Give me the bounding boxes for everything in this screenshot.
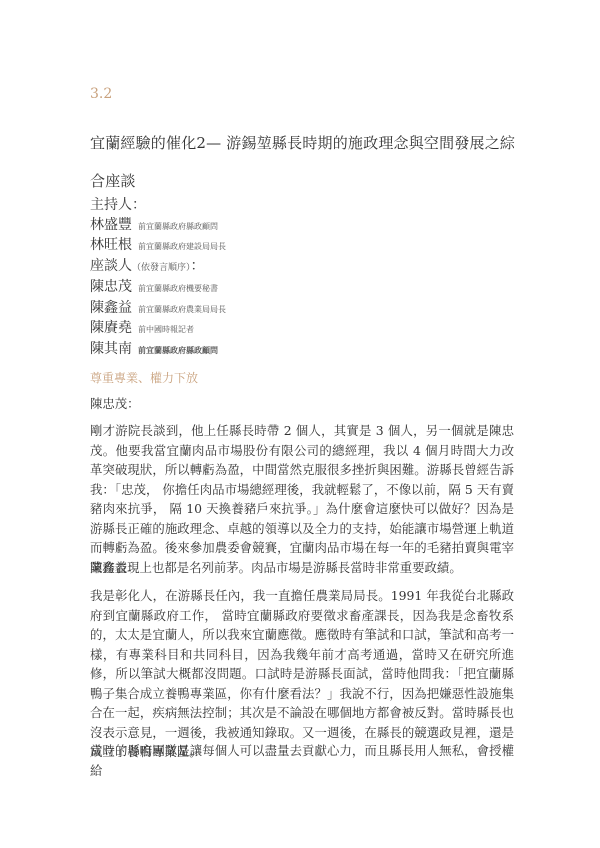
page-title: 宜蘭經驗的催化2— 游錫堃縣長時期的施政理念與空間發展之綜合座談 — [90, 124, 530, 200]
section-heading: 尊重專業、權力下放 — [90, 369, 198, 386]
panelist-name: 陳鑫益 — [90, 300, 132, 316]
panel-note: （依發言順序） — [132, 263, 191, 273]
speaker-name: 陳鑫益： — [90, 558, 140, 576]
panelist-entry: 陳忠茂前宜蘭縣政府機要秘書 — [90, 278, 226, 299]
panelist-role: 前宜蘭縣政府農業局局長 — [138, 305, 226, 314]
host-entry: 林旺根前宜蘭縣政府建設局局長 — [90, 236, 226, 257]
speaker-name: 陳忠茂： — [90, 394, 140, 412]
panelist-name: 陳其南 — [90, 341, 132, 357]
speech-paragraph: 剛才游院長談到，他上任縣長時帶 2 個人，其實是 3 個人，另一個就是陳忠茂。他… — [90, 421, 514, 577]
panelist-name: 陳忠茂 — [90, 279, 132, 295]
speech-paragraph: 當時的縣府團隊是讓每個人可以盡量去貢獻心力，而且縣長用人無私，會授權給 — [90, 741, 514, 780]
host-role: 前宜蘭縣政府縣政顧問 — [138, 222, 218, 231]
panelist-role: 前宜蘭縣政府機要秘書 — [138, 284, 218, 293]
panel-colon: ： — [191, 258, 205, 274]
host-role: 前宜蘭縣政府建設局局長 — [138, 242, 226, 251]
host-label: 主持人： — [90, 196, 226, 216]
speech-text: 剛才游院長談到，他上任縣長時帶 2 個人，其實是 3 個人，另一個就是陳忠茂。他… — [90, 421, 514, 577]
panelist-name: 陳賡堯 — [90, 320, 132, 336]
panelist-entry: 陳鑫益前宜蘭縣政府農業局局長 — [90, 299, 226, 320]
panelist-role: 前宜蘭縣政府縣政顧問 — [138, 345, 218, 355]
panelist-role: 前中國時報記者 — [138, 325, 194, 334]
host-entry: 林盛豐前宜蘭縣政府縣政顧問 — [90, 216, 226, 237]
panelist-entry: 陳賡堯前中國時報記者 — [90, 319, 226, 340]
panelist-entry: 陳其南前宜蘭縣政府縣政顧問 — [90, 340, 226, 361]
host-name: 林旺根 — [90, 237, 132, 253]
speech-continuation: 當時的縣府團隊是讓每個人可以盡量去貢獻心力，而且縣長用人無私，會授權給 — [90, 741, 514, 780]
speech-paragraph: 我是彰化人，在游縣長任內，我一直擔任農業局局長。1991 年我從台北縣政府到宜蘭… — [90, 586, 514, 762]
speech-text: 我是彰化人，在游縣長任內，我一直擔任農業局局長。1991 年我從台北縣政府到宜蘭… — [90, 586, 514, 762]
host-name: 林盛豐 — [90, 217, 132, 233]
participant-roster: 主持人： 林盛豐前宜蘭縣政府縣政顧問 林旺根前宜蘭縣政府建設局局長 座談人（依發… — [90, 196, 226, 360]
section-number: 3.2 — [90, 86, 112, 102]
panel-label-row: 座談人（依發言順序）： — [90, 257, 226, 279]
panel-label: 座談人 — [90, 258, 132, 274]
